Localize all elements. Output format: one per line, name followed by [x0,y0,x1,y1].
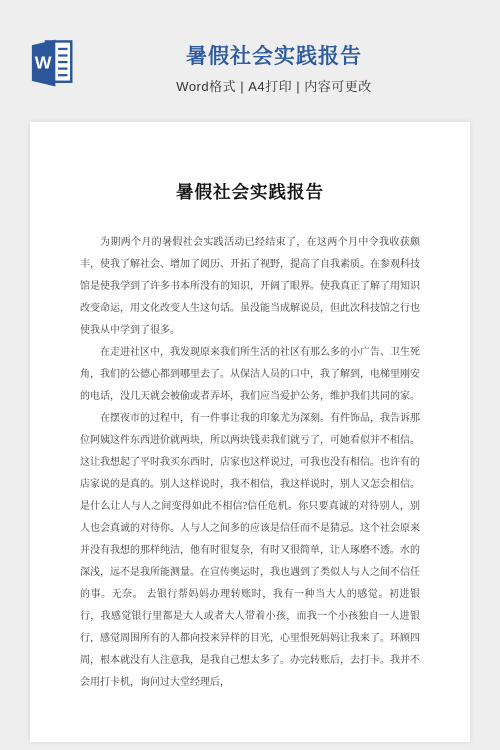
template-format-info: Word格式 | A4打印 | 内容可更改 [48,76,500,95]
document-paragraph-3: 在摆夜市的过程中，有一件事让我的印象尤为深刻。有件饰品，我告诉那位阿姨这件东西进… [80,408,420,694]
template-preview-page: W 暑假社会实践报告 Word格式 | A4打印 | 内容可更改 暑假社会实践报… [0,0,500,750]
document-paragraph-2: 在走进社区中，我发现原来我们所生活的社区有那么多的小广告、卫生死角，我们的公德心… [80,342,420,408]
document-paragraph-1: 为期两个月的暑假社会实践活动已经结束了，在这两个月中令我收获颇丰，使我了解社会、… [80,232,420,342]
template-title: 暑假社会实践报告 [48,40,500,70]
document-body: 为期两个月的暑假社会实践活动已经结束了，在这两个月中令我收获颇丰，使我了解社会、… [80,232,420,694]
document-preview-page: 暑假社会实践报告 为期两个月的暑假社会实践活动已经结束了，在这两个月中令我收获颇… [30,122,470,742]
document-title: 暑假社会实践报告 [80,179,420,204]
